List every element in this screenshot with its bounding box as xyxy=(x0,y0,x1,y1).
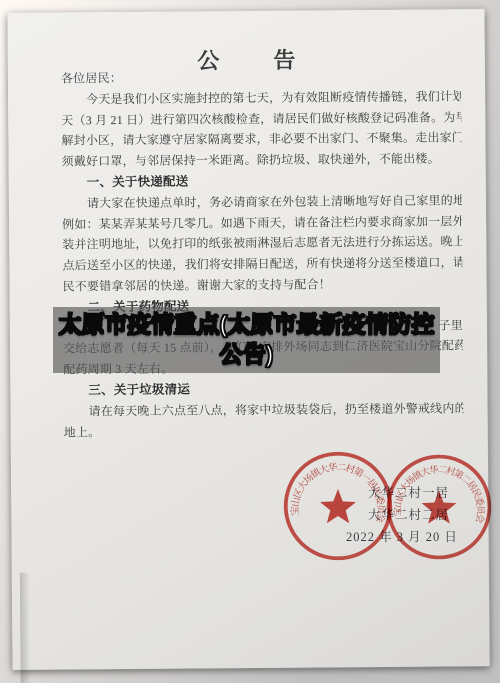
caption-line-2: 公告) xyxy=(220,339,274,369)
intro-line: 今天是我们小区实施封控的第七天，为有效阻断疫情传播链，我们计划明 xyxy=(61,86,461,110)
caption-line-1: 太原市疫情重点(太原市最新疫情防控 xyxy=(59,309,435,339)
paper-fold-shadow xyxy=(20,573,31,683)
official-stamp-left: 宝山区大场镇大华二村第一居民委员会 xyxy=(281,449,395,563)
section-line: 点后送至小区的快递，我们将安排隔日配送，所有快递将分送至楼道口，请居 xyxy=(62,252,462,276)
section-line: 请在每天晚上六点至八点，将家中垃圾装袋后，扔至楼道外警戒线内的空 xyxy=(63,398,463,422)
stamp-star-icon xyxy=(422,491,457,524)
section-line: 地上。 xyxy=(64,419,464,443)
section-line: 请大家在快递点单时，务必请商家在外包装上清晰地写好自己家里的地址 xyxy=(62,190,462,214)
official-stamp-right: 宝山区大场镇大华二村第二居民委员会 xyxy=(384,452,494,562)
photo-of-notice: { "photo": { "wood_color": "#5c2c1a", "p… xyxy=(0,0,500,683)
stamp-star-icon xyxy=(320,489,356,523)
video-caption-overlay: 太原市疫情重点(太原市最新疫情防控 公告) xyxy=(53,307,440,373)
notice-body: 各位居民： 今天是我们小区实施封控的第七天，为有效阻断疫情传播链，我们计划明 天… xyxy=(61,65,464,442)
intro-line: 须戴好口罩，与邻居保持一米距离。除扔垃圾、取快递外，不能出楼。 xyxy=(62,149,462,173)
